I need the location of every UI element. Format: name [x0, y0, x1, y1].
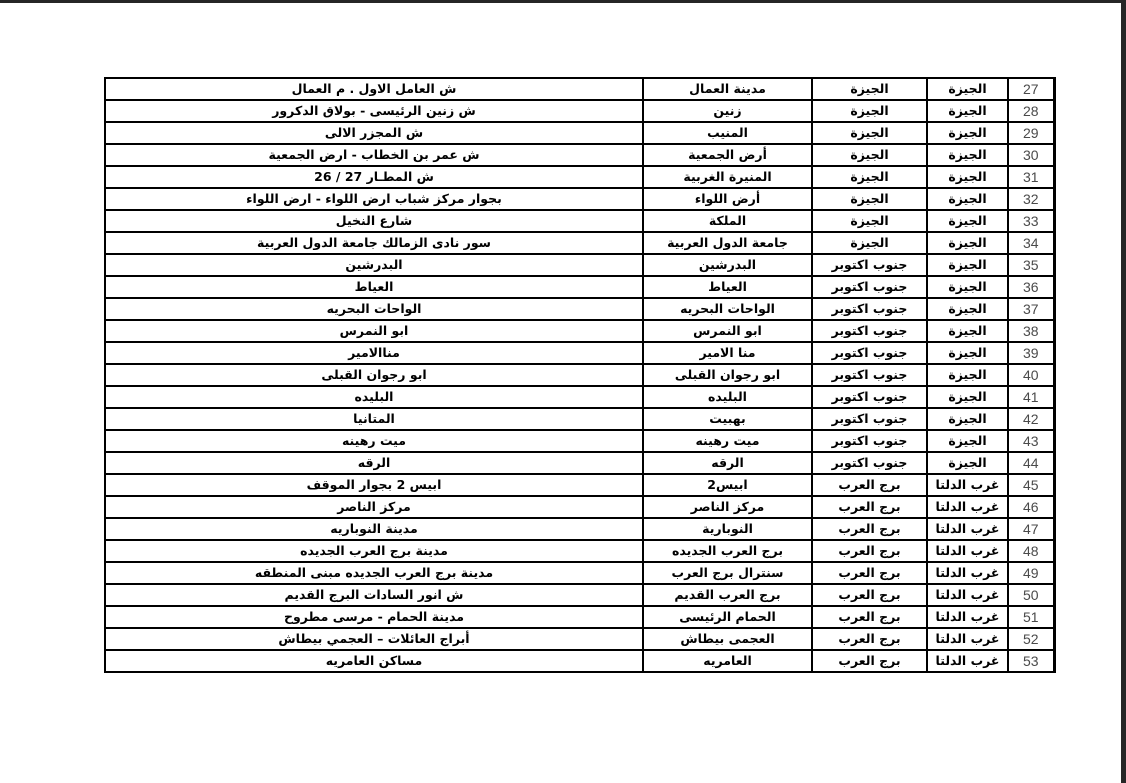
branch-cell: برج العرب	[812, 518, 927, 540]
table-row: ش عمر بن الخطاب - ارض الجمعية أرض الجمعي…	[105, 144, 1054, 166]
address-cell: مناالامير	[105, 342, 643, 364]
branch-cell: برج العرب	[812, 496, 927, 518]
branch-cell: برج العرب	[812, 628, 927, 650]
table-row: سور نادى الزمالك جامعة الدول العربية جام…	[105, 232, 1054, 254]
location-cell: العياط	[643, 276, 812, 298]
branch-cell: الجيزة	[812, 78, 927, 100]
address-cell: ش عمر بن الخطاب - ارض الجمعية	[105, 144, 643, 166]
table-row: مدينة برج العرب الجديده مبنى المنطقه سنت…	[105, 562, 1054, 584]
branch-cell: جنوب اكتوبر	[812, 320, 927, 342]
branch-cell: برج العرب	[812, 540, 927, 562]
table-row: بجوار مركز شباب ارض اللواء - ارض اللواء …	[105, 188, 1054, 210]
region-cell: غرب الدلتا	[927, 474, 1008, 496]
row-number-cell: 33	[1008, 210, 1054, 232]
branch-cell: الجيزة	[812, 166, 927, 188]
address-cell: ش زنين الرئيسى - بولاق الدكرور	[105, 100, 643, 122]
location-cell: برج العرب الجديده	[643, 540, 812, 562]
branch-cell: برج العرب	[812, 562, 927, 584]
branch-cell: برج العرب	[812, 606, 927, 628]
row-number-cell: 36	[1008, 276, 1054, 298]
location-cell: العجمى بيطاش	[643, 628, 812, 650]
address-cell: مدينة الحمام - مرسى مطروح	[105, 606, 643, 628]
address-cell: ش انور السادات البرج القديم	[105, 584, 643, 606]
location-cell: ابو النمرس	[643, 320, 812, 342]
region-cell: الجيزة	[927, 386, 1008, 408]
location-cell: الحمام الرئيسى	[643, 606, 812, 628]
branch-cell: الجيزة	[812, 188, 927, 210]
address-cell: مركز الناصر	[105, 496, 643, 518]
row-number-cell: 31	[1008, 166, 1054, 188]
location-cell: ابو رجوان القبلى	[643, 364, 812, 386]
row-number-cell: 39	[1008, 342, 1054, 364]
region-cell: الجيزة	[927, 452, 1008, 474]
row-number-cell: 35	[1008, 254, 1054, 276]
address-cell: ميت رهينه	[105, 430, 643, 452]
table-row: البليده البليده جنوب اكتوبر الجيزة 41	[105, 386, 1054, 408]
branch-cell: الجيزة	[812, 232, 927, 254]
branch-cell: جنوب اكتوبر	[812, 298, 927, 320]
table-row: مدينة الحمام - مرسى مطروح الحمام الرئيسى…	[105, 606, 1054, 628]
location-cell: زنين	[643, 100, 812, 122]
branch-cell: الجيزة	[812, 100, 927, 122]
row-number-cell: 32	[1008, 188, 1054, 210]
row-number-cell: 28	[1008, 100, 1054, 122]
row-number-cell: 45	[1008, 474, 1054, 496]
table-row: ش المجزر الالى المنيب الجيزة الجيزة 29	[105, 122, 1054, 144]
row-number-cell: 46	[1008, 496, 1054, 518]
branch-cell: الجيزة	[812, 144, 927, 166]
region-cell: غرب الدلتا	[927, 584, 1008, 606]
address-cell: أبراج العائلات – العجمي بيطاش	[105, 628, 643, 650]
address-cell: العياط	[105, 276, 643, 298]
region-cell: الجيزة	[927, 100, 1008, 122]
region-cell: الجيزة	[927, 430, 1008, 452]
location-cell: النوبارية	[643, 518, 812, 540]
address-cell: المتانيا	[105, 408, 643, 430]
table-row: العياط العياط جنوب اكتوبر الجيزة 36	[105, 276, 1054, 298]
region-cell: غرب الدلتا	[927, 540, 1008, 562]
address-cell: الرقه	[105, 452, 643, 474]
address-cell: مدينة النوباريه	[105, 518, 643, 540]
location-cell: ميت رهينه	[643, 430, 812, 452]
row-number-cell: 34	[1008, 232, 1054, 254]
locations-table: ش العامل الاول . م العمال مدينة العمال ا…	[104, 77, 1056, 673]
region-cell: غرب الدلتا	[927, 650, 1008, 672]
address-cell: بجوار مركز شباب ارض اللواء - ارض اللواء	[105, 188, 643, 210]
address-cell: مساكن العامريه	[105, 650, 643, 672]
table-row: ش العامل الاول . م العمال مدينة العمال ا…	[105, 78, 1054, 100]
address-cell: ابو النمرس	[105, 320, 643, 342]
region-cell: الجيزة	[927, 254, 1008, 276]
address-cell: ابو رجوان القبلى	[105, 364, 643, 386]
location-cell: منا الامير	[643, 342, 812, 364]
location-cell: جامعة الدول العربية	[643, 232, 812, 254]
location-cell: الرقه	[643, 452, 812, 474]
region-cell: الجيزة	[927, 232, 1008, 254]
address-cell: ش المجزر الالى	[105, 122, 643, 144]
location-cell: الملكة	[643, 210, 812, 232]
address-cell: ش المطـار 27 / 26	[105, 166, 643, 188]
table-row: مناالامير منا الامير جنوب اكتوبر الجيزة …	[105, 342, 1054, 364]
region-cell: الجيزة	[927, 188, 1008, 210]
table-row: المتانيا بهبيت جنوب اكتوبر الجيزة 42	[105, 408, 1054, 430]
table-row: الواحات البحريه الواحات البحريه جنوب اكت…	[105, 298, 1054, 320]
region-cell: الجيزة	[927, 166, 1008, 188]
address-cell: البدرشين	[105, 254, 643, 276]
table-row: ابيس 2 بجوار الموقف ابيس2 برج العرب غرب …	[105, 474, 1054, 496]
region-cell: غرب الدلتا	[927, 518, 1008, 540]
branch-cell: جنوب اكتوبر	[812, 254, 927, 276]
branch-cell: برج العرب	[812, 474, 927, 496]
address-cell: مدينة برج العرب الجديده	[105, 540, 643, 562]
branch-cell: جنوب اكتوبر	[812, 408, 927, 430]
location-cell: البليده	[643, 386, 812, 408]
table-row: الرقه الرقه جنوب اكتوبر الجيزة 44	[105, 452, 1054, 474]
region-cell: غرب الدلتا	[927, 606, 1008, 628]
region-cell: غرب الدلتا	[927, 628, 1008, 650]
location-cell: سنترال برج العرب	[643, 562, 812, 584]
row-number-cell: 29	[1008, 122, 1054, 144]
table-row: شارع النخيل الملكة الجيزة الجيزة 33	[105, 210, 1054, 232]
row-number-cell: 38	[1008, 320, 1054, 342]
table-row: مساكن العامريه العامريه برج العرب غرب ال…	[105, 650, 1054, 672]
document-page: ش العامل الاول . م العمال مدينة العمال ا…	[0, 3, 1121, 783]
table-row: ابو النمرس ابو النمرس جنوب اكتوبر الجيزة…	[105, 320, 1054, 342]
location-cell: مركز الناصر	[643, 496, 812, 518]
row-number-cell: 50	[1008, 584, 1054, 606]
location-cell: المنيب	[643, 122, 812, 144]
location-cell: بهبيت	[643, 408, 812, 430]
region-cell: الجيزة	[927, 320, 1008, 342]
region-cell: الجيزة	[927, 408, 1008, 430]
window-frame-right	[1121, 0, 1126, 783]
location-cell: برج العرب القديم	[643, 584, 812, 606]
location-cell: العامريه	[643, 650, 812, 672]
row-number-cell: 40	[1008, 364, 1054, 386]
row-number-cell: 48	[1008, 540, 1054, 562]
branch-cell: الجيزة	[812, 122, 927, 144]
table-row: مدينة برج العرب الجديده برج العرب الجديد…	[105, 540, 1054, 562]
address-cell: البليده	[105, 386, 643, 408]
region-cell: الجيزة	[927, 342, 1008, 364]
table-body: ش العامل الاول . م العمال مدينة العمال ا…	[105, 78, 1054, 672]
branch-cell: جنوب اكتوبر	[812, 430, 927, 452]
location-cell: مدينة العمال	[643, 78, 812, 100]
location-cell: أرض الجمعية	[643, 144, 812, 166]
row-number-cell: 49	[1008, 562, 1054, 584]
location-cell: أرض اللواء	[643, 188, 812, 210]
table-row: مدينة النوباريه النوبارية برج العرب غرب …	[105, 518, 1054, 540]
region-cell: الجيزة	[927, 364, 1008, 386]
table-row: مركز الناصر مركز الناصر برج العرب غرب ال…	[105, 496, 1054, 518]
row-number-cell: 42	[1008, 408, 1054, 430]
row-number-cell: 41	[1008, 386, 1054, 408]
row-number-cell: 43	[1008, 430, 1054, 452]
region-cell: غرب الدلتا	[927, 496, 1008, 518]
branch-cell: برج العرب	[812, 650, 927, 672]
row-number-cell: 52	[1008, 628, 1054, 650]
address-cell: ش العامل الاول . م العمال	[105, 78, 643, 100]
region-cell: الجيزة	[927, 78, 1008, 100]
table-row: ش المطـار 27 / 26 المنيرة الغربية الجيزة…	[105, 166, 1054, 188]
table-row: ش زنين الرئيسى - بولاق الدكرور زنين الجي…	[105, 100, 1054, 122]
table-row: ش انور السادات البرج القديم برج العرب ال…	[105, 584, 1054, 606]
row-number-cell: 44	[1008, 452, 1054, 474]
address-cell: سور نادى الزمالك جامعة الدول العربية	[105, 232, 643, 254]
region-cell: الجيزة	[927, 144, 1008, 166]
location-cell: ابيس2	[643, 474, 812, 496]
branch-cell: جنوب اكتوبر	[812, 452, 927, 474]
branch-cell: الجيزة	[812, 210, 927, 232]
branch-cell: جنوب اكتوبر	[812, 342, 927, 364]
address-cell: ابيس 2 بجوار الموقف	[105, 474, 643, 496]
region-cell: الجيزة	[927, 122, 1008, 144]
region-cell: الجيزة	[927, 276, 1008, 298]
row-number-cell: 47	[1008, 518, 1054, 540]
row-number-cell: 27	[1008, 78, 1054, 100]
row-number-cell: 53	[1008, 650, 1054, 672]
region-cell: غرب الدلتا	[927, 562, 1008, 584]
location-cell: الواحات البحريه	[643, 298, 812, 320]
table-row: ميت رهينه ميت رهينه جنوب اكتوبر الجيزة 4…	[105, 430, 1054, 452]
address-cell: الواحات البحريه	[105, 298, 643, 320]
address-cell: مدينة برج العرب الجديده مبنى المنطقه	[105, 562, 643, 584]
branch-cell: جنوب اكتوبر	[812, 276, 927, 298]
branch-cell: جنوب اكتوبر	[812, 386, 927, 408]
table-row: ابو رجوان القبلى ابو رجوان القبلى جنوب ا…	[105, 364, 1054, 386]
region-cell: الجيزة	[927, 298, 1008, 320]
region-cell: الجيزة	[927, 210, 1008, 232]
row-number-cell: 51	[1008, 606, 1054, 628]
address-cell: شارع النخيل	[105, 210, 643, 232]
branch-cell: جنوب اكتوبر	[812, 364, 927, 386]
table-row: أبراج العائلات – العجمي بيطاش العجمى بيط…	[105, 628, 1054, 650]
branch-cell: برج العرب	[812, 584, 927, 606]
table-row: البدرشين البدرشين جنوب اكتوبر الجيزة 35	[105, 254, 1054, 276]
row-number-cell: 30	[1008, 144, 1054, 166]
row-number-cell: 37	[1008, 298, 1054, 320]
location-cell: المنيرة الغربية	[643, 166, 812, 188]
location-cell: البدرشين	[643, 254, 812, 276]
